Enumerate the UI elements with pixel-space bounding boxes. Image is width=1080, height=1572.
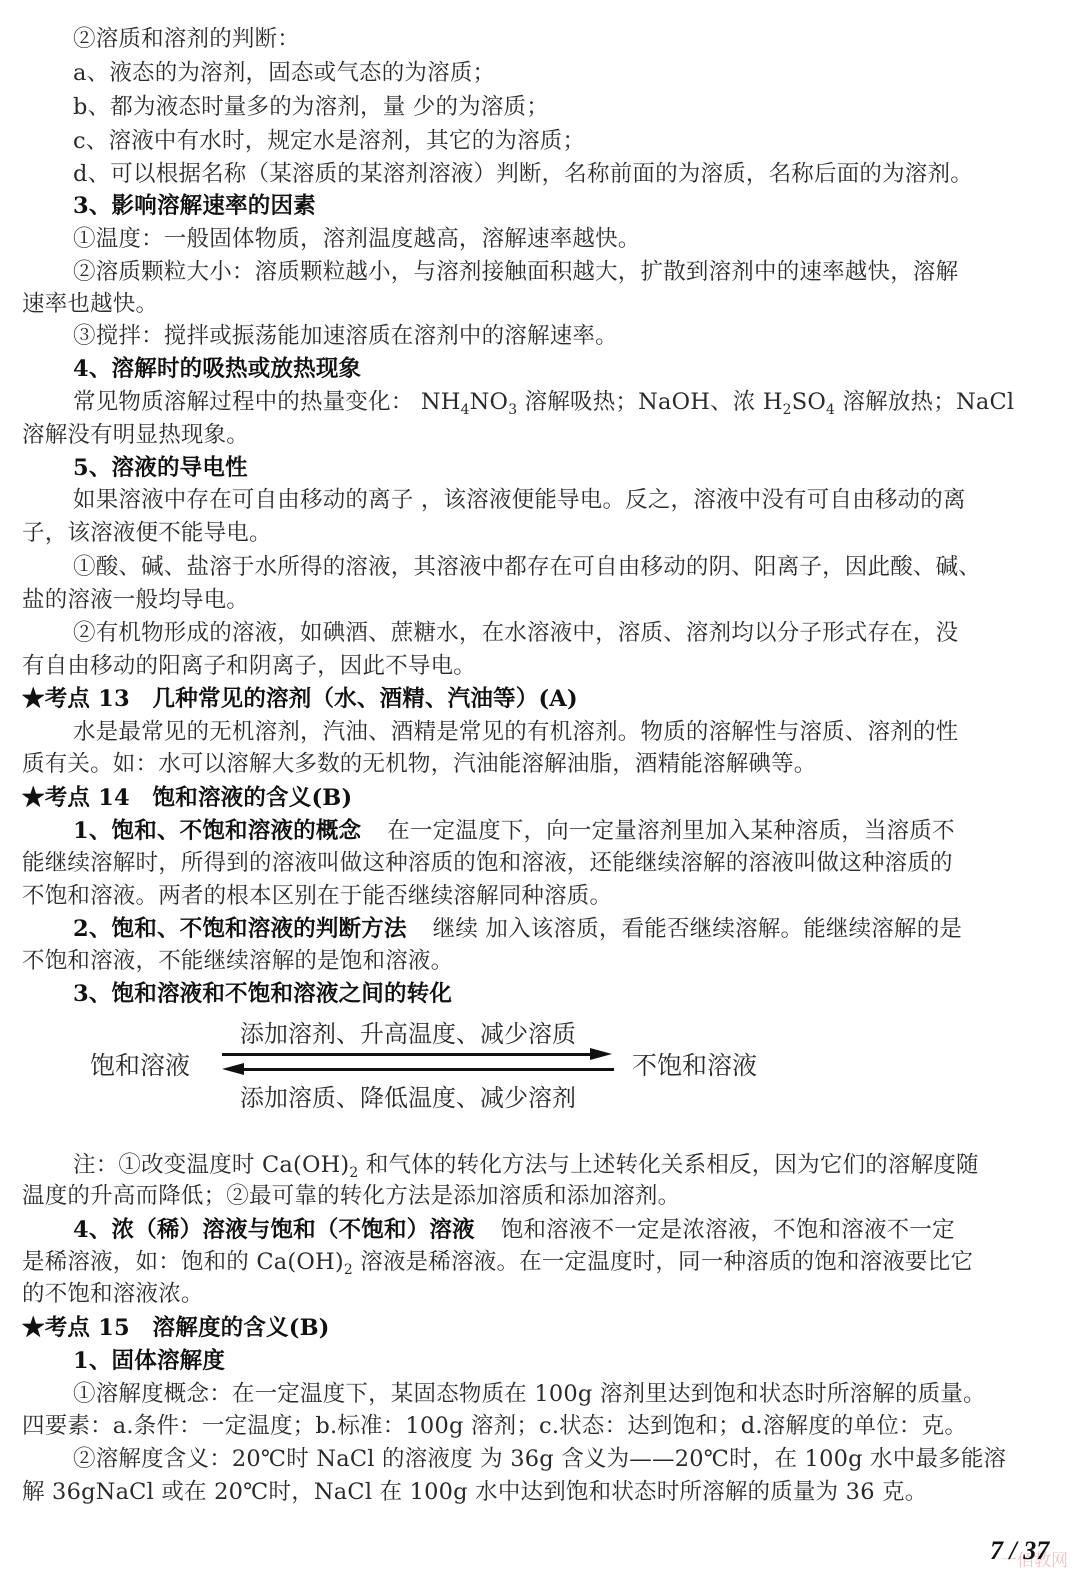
paragraph: 水是最常见的无机溶剂，汽油、酒精是常见的有机溶剂。物质的溶解性与溶质、溶剂的性 [73, 716, 958, 748]
list-item: b、都为液态时量多的为溶剂，量 少的为溶质； [73, 91, 549, 123]
paragraph-continuation: 不饱和溶液。两者的根本区别在于能否继续溶解同种溶质。 [22, 880, 612, 912]
paragraph-continuation: 不饱和溶液，不能继续溶解的是饱和溶液。 [22, 945, 453, 977]
arrow-right-icon [590, 1048, 612, 1060]
paragraph-continuation: 解 36gNaCl 或在 20℃时，NaCl 在 100g 水中达到饱和状态时所… [22, 1476, 927, 1508]
list-item: d、可以根据名称（某溶质的某溶剂溶液）判断，名称前面的为溶质，名称后面的为溶剂。 [73, 158, 973, 190]
forward-condition-label: 添加溶剂、升高温度、减少溶质 [240, 1018, 576, 1050]
section-heading-solid-solubility: 1、固体溶解度 [73, 1345, 225, 1377]
paragraph-continuation: 是稀溶液，如：饱和的 Ca(OH)2 溶液是稀溶液。在一定温度时，同一种溶质的饱… [22, 1246, 973, 1278]
kaodian-14-title: ★考点 14 饱和溶液的含义(B) [22, 782, 352, 814]
section-heading-conductivity: 5、溶液的导电性 [73, 452, 248, 484]
subsection-heading-solute-solvent: ②溶质和溶剂的判断： [73, 23, 300, 55]
kaodian-13-title: ★考点 13 几种常见的溶剂（水、酒精、汽油等）(A) [22, 683, 578, 715]
paragraph-continuation: 质有关。如：水可以溶解大多数的无机物，汽油能溶解油脂，酒精能溶解碘等。 [22, 748, 817, 780]
paragraph: ①酸、碱、盐溶于水所得的溶液，其溶液中都存在可自由移动的阴、阳离子，因此酸、碱、 [73, 551, 981, 583]
paragraph-continuation: 溶解没有明显热现象。 [22, 419, 249, 451]
paragraph: 如果溶液中存在可自由移动的离子 ，该溶液便能导电。反之，溶液中没有可自由移动的离 [73, 484, 966, 516]
paragraph: ③搅拌：搅拌或振荡能加速溶质在溶剂中的溶解速率。 [73, 320, 618, 352]
inline-heading: 2、饱和、不饱和溶液的判断方法 [73, 916, 407, 942]
paragraph: ②有机物形成的溶液，如碘酒、蔗糖水，在水溶液中，溶质、溶剂均以分子形式存在，没 [73, 617, 958, 649]
paragraph-continuation: 能继续溶解时，所得到的溶液叫做这种溶质的饱和溶液，还能继续溶解的溶液叫做这种溶质… [22, 847, 953, 879]
backward-condition-label: 添加溶质、降低温度、减少溶剂 [240, 1082, 576, 1114]
conversion-diagram: 添加溶剂、升高温度、减少溶质 饱和溶液 不饱和溶液 添加溶质、降低温度、减少溶剂 [0, 1010, 1080, 1120]
note-paragraph: 注：①改变温度时 Ca(OH)2 和气体的转化方法与上述转化关系相反，因为它们的… [73, 1149, 979, 1181]
paragraph-continuation: 速率也越快。 [22, 288, 158, 320]
kaodian-15-title: ★考点 15 溶解度的含义(B) [22, 1312, 330, 1344]
page-number: 7 / 37 [990, 1536, 1049, 1566]
paragraph: ②溶质颗粒大小：溶质颗粒越小，与溶剂接触面积越大，扩散到溶剂中的速率越快，溶解 [73, 256, 958, 288]
list-item: c、溶液中有水时，规定水是溶剂，其它的为溶质； [73, 125, 585, 157]
paragraph-continuation: 的不饱和溶液浓。 [22, 1278, 204, 1310]
paragraph: ①温度：一般固体物质，溶剂温度越高，溶解速率越快。 [73, 223, 641, 255]
paragraph-continuation: 温度的升高而降低；②最可靠的转化方法是添加溶质和添加溶剂。 [22, 1180, 680, 1212]
paragraph-judgement-method: 2、饱和、不饱和溶液的判断方法继续 加入该溶质，看能否继续溶解。能继续溶解的是 [73, 913, 962, 945]
paragraph: ②溶解度含义：20℃时 NaCl 的溶液度 为 36g 含义为——20℃时，在 … [73, 1443, 1006, 1475]
paragraph: ①溶解度概念：在一定温度下，某固态物质在 100g 溶剂里达到饱和状态时所溶解的… [73, 1378, 986, 1410]
backward-arrow [242, 1068, 614, 1071]
paragraph-continuation: 盐的溶液一般均导电。 [22, 584, 249, 616]
unsaturated-solution-node: 不饱和溶液 [632, 1050, 757, 1082]
inline-heading: 1、饱和、不饱和溶液的概念 [73, 818, 361, 844]
list-item: a、液态的为溶剂，固态或气态的为溶质； [73, 57, 495, 89]
section-heading-dissolution-rate: 3、影响溶解速率的因素 [73, 190, 316, 222]
paragraph-saturated-concept: 1、饱和、不饱和溶液的概念在一定温度下，向一定量溶剂里加入某种溶质，当溶质不 [73, 815, 955, 847]
inline-heading: 4、浓（稀）溶液与饱和（不饱和）溶液 [73, 1217, 475, 1243]
section-heading-conversion: 3、饱和溶液和不饱和溶液之间的转化 [73, 978, 452, 1010]
paragraph-continuation: 有自由移动的阳离子和阴离子，因此不导电。 [22, 650, 476, 682]
paragraph-heat-changes: 常见物质溶解过程中的热量变化： NH4NO3 溶解吸热；NaOH、浓 H2SO4… [73, 386, 1014, 418]
arrow-left-icon [222, 1063, 244, 1075]
saturated-solution-node: 饱和溶液 [90, 1050, 190, 1082]
paragraph-continuation: 子，该溶液便不能导电。 [22, 517, 272, 549]
section-heading-heat: 4、溶解时的吸热或放热现象 [73, 353, 361, 385]
paragraph-continuation: 四要素：a.条件：一定温度；b.标准：100g 溶剂；c.状态：达到饱和；d.溶… [22, 1410, 967, 1442]
paragraph-concentrated-vs-saturated: 4、浓（稀）溶液与饱和（不饱和）溶液饱和溶液不一定是浓溶液，不饱和溶液不一定 [73, 1214, 955, 1246]
forward-arrow [222, 1053, 592, 1056]
